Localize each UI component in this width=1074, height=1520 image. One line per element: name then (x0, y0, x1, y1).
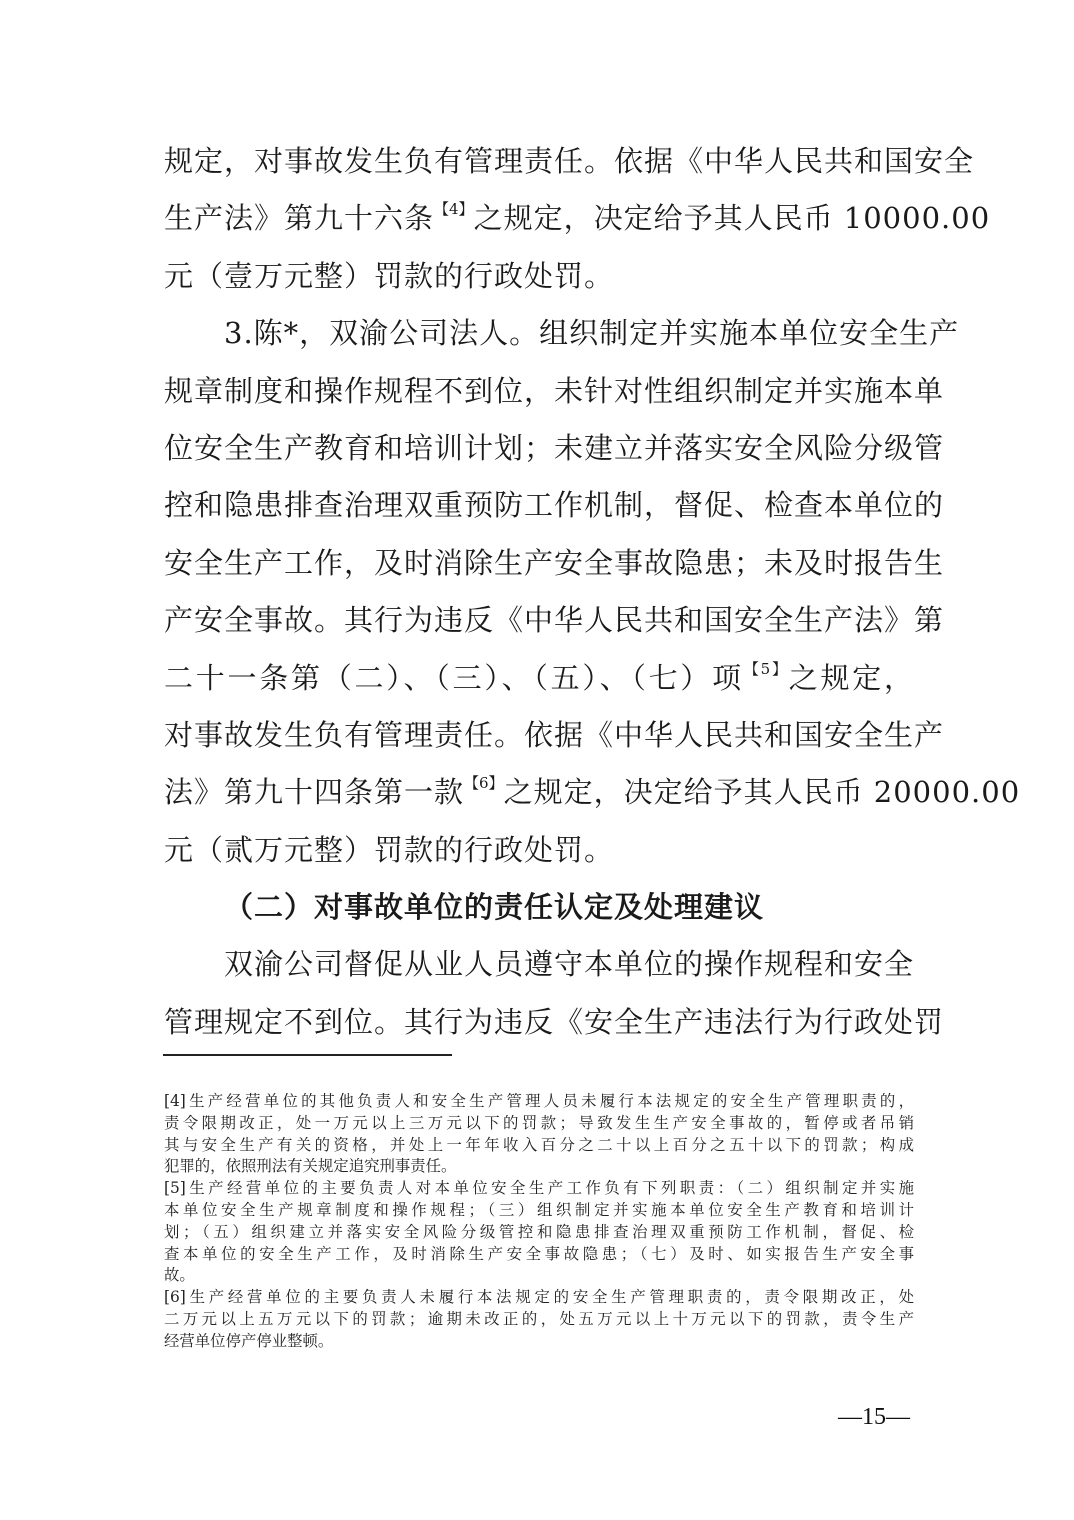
body-line: 控和隐患排查治理双重预防工作机制，督促、检查本单位的 (164, 477, 914, 534)
body-line: 生产法》第九十六条【4】之规定，决定给予其人民币 10000.00 (164, 190, 914, 247)
body-line-text: 二十一条第（二）、（三）、（五）、（七）项 (164, 661, 744, 695)
body-line: 3.陈*，双渝公司法人。组织制定并实施本单位安全生产 (164, 305, 914, 362)
page-number: —15— (838, 1404, 910, 1431)
footnote-ref-6[interactable]: 【6】 (464, 774, 504, 792)
body-line: 法》第九十四条第一款【6】之规定，决定给予其人民币 20000.00 (164, 764, 914, 821)
footnote-line: 其与安全生产有关的资格，并处上一年年收入百分之二十以上百分之五十以下的罚款；构成 (164, 1135, 914, 1157)
footnote-5: [5]生产经营单位的主要负责人对本单位安全生产工作负有下列职责：（二）组织制定并… (164, 1178, 914, 1287)
footnote-line: 二万元以上五万元以下的罚款；逾期未改正的，处五万元以上十万元以下的罚款，责令生产 (164, 1309, 914, 1331)
footnote-6: [6]生产经营单位的主要负责人未履行本法规定的安全生产管理职责的，责令限期改正，… (164, 1287, 914, 1352)
footnote-line: 经营单位停产停业整顿。 (164, 1331, 914, 1353)
body-line-text: 之规定，决定给予其人民币 10000.00 (474, 201, 991, 235)
body-line-text: 之规定， (789, 661, 914, 695)
body-line-text: 之规定，决定给予其人民币 20000.00 (504, 775, 1021, 809)
footnote-line: 划；（五）组织建立并落实安全风险分级管控和隐患排查治理双重预防工作机制，督促、检 (164, 1222, 914, 1244)
document-page: 规定，对事故发生负有管理责任。依据《中华人民共和国安全 生产法》第九十六条【4】… (0, 0, 1074, 1520)
footnote-line: 责令限期改正，处一万元以上三万元以下的罚款；导致发生生产安全事故的，暂停或者吊销 (164, 1113, 914, 1135)
footnote-line: 本单位安全生产规章制度和操作规程；（三）组织制定并实施本单位安全生产教育和培训计 (164, 1200, 914, 1222)
footnote-ref-4[interactable]: 【4】 (434, 200, 474, 218)
body-line: 元（壹万元整）罚款的行政处罚。 (164, 248, 914, 305)
body-line-text: 法》第九十四条第一款 (164, 775, 464, 809)
footnote-line: [6]生产经营单位的主要负责人未履行本法规定的安全生产管理职责的，责令限期改正，… (164, 1287, 914, 1309)
body-line: 元（贰万元整）罚款的行政处罚。 (164, 822, 914, 879)
footnote-line: [4]生产经营单位的其他负责人和安全生产管理人员未履行本法规定的安全生产管理职责… (164, 1091, 914, 1113)
body-line: 对事故发生负有管理责任。依据《中华人民共和国安全生产 (164, 707, 914, 764)
section-heading: （二）对事故单位的责任认定及处理建议 (164, 879, 914, 936)
footnote-line: 故。 (164, 1265, 914, 1287)
footnotes: [4]生产经营单位的其他负责人和安全生产管理人员未履行本法规定的安全生产管理职责… (164, 1091, 914, 1353)
footnote-line: 犯罪的，依照刑法有关规定追究刑事责任。 (164, 1156, 914, 1178)
footnote-line: [5]生产经营单位的主要负责人对本单位安全生产工作负有下列职责：（二）组织制定并… (164, 1178, 914, 1200)
footnote-ref-5[interactable]: 【5】 (744, 660, 789, 678)
body-line: 规定，对事故发生负有管理责任。依据《中华人民共和国安全 (164, 133, 914, 190)
body-line-text: 生产法》第九十六条 (164, 201, 434, 235)
body-line: 二十一条第（二）、（三）、（五）、（七）项【5】之规定， (164, 650, 914, 707)
body-line: 产安全事故。其行为违反《中华人民共和国安全生产法》第 (164, 592, 914, 649)
body-line: 管理规定不到位。其行为违反《安全生产违法行为行政处罚 (164, 994, 914, 1051)
footnote-line: 查本单位的安全生产工作，及时消除生产安全事故隐患；（七）及时、如实报告生产安全事 (164, 1244, 914, 1266)
body-line: 位安全生产教育和培训计划；未建立并落实安全风险分级管 (164, 420, 914, 477)
body-text: 规定，对事故发生负有管理责任。依据《中华人民共和国安全 生产法》第九十六条【4】… (164, 133, 914, 1051)
body-line: 双渝公司督促从业人员遵守本单位的操作规程和安全 (164, 936, 914, 993)
body-line: 规章制度和操作规程不到位，未针对性组织制定并实施本单 (164, 363, 914, 420)
body-line: 安全生产工作，及时消除生产安全事故隐患；未及时报告生 (164, 535, 914, 592)
footnote-separator (163, 1054, 452, 1056)
footnote-4: [4]生产经营单位的其他负责人和安全生产管理人员未履行本法规定的安全生产管理职责… (164, 1091, 914, 1178)
